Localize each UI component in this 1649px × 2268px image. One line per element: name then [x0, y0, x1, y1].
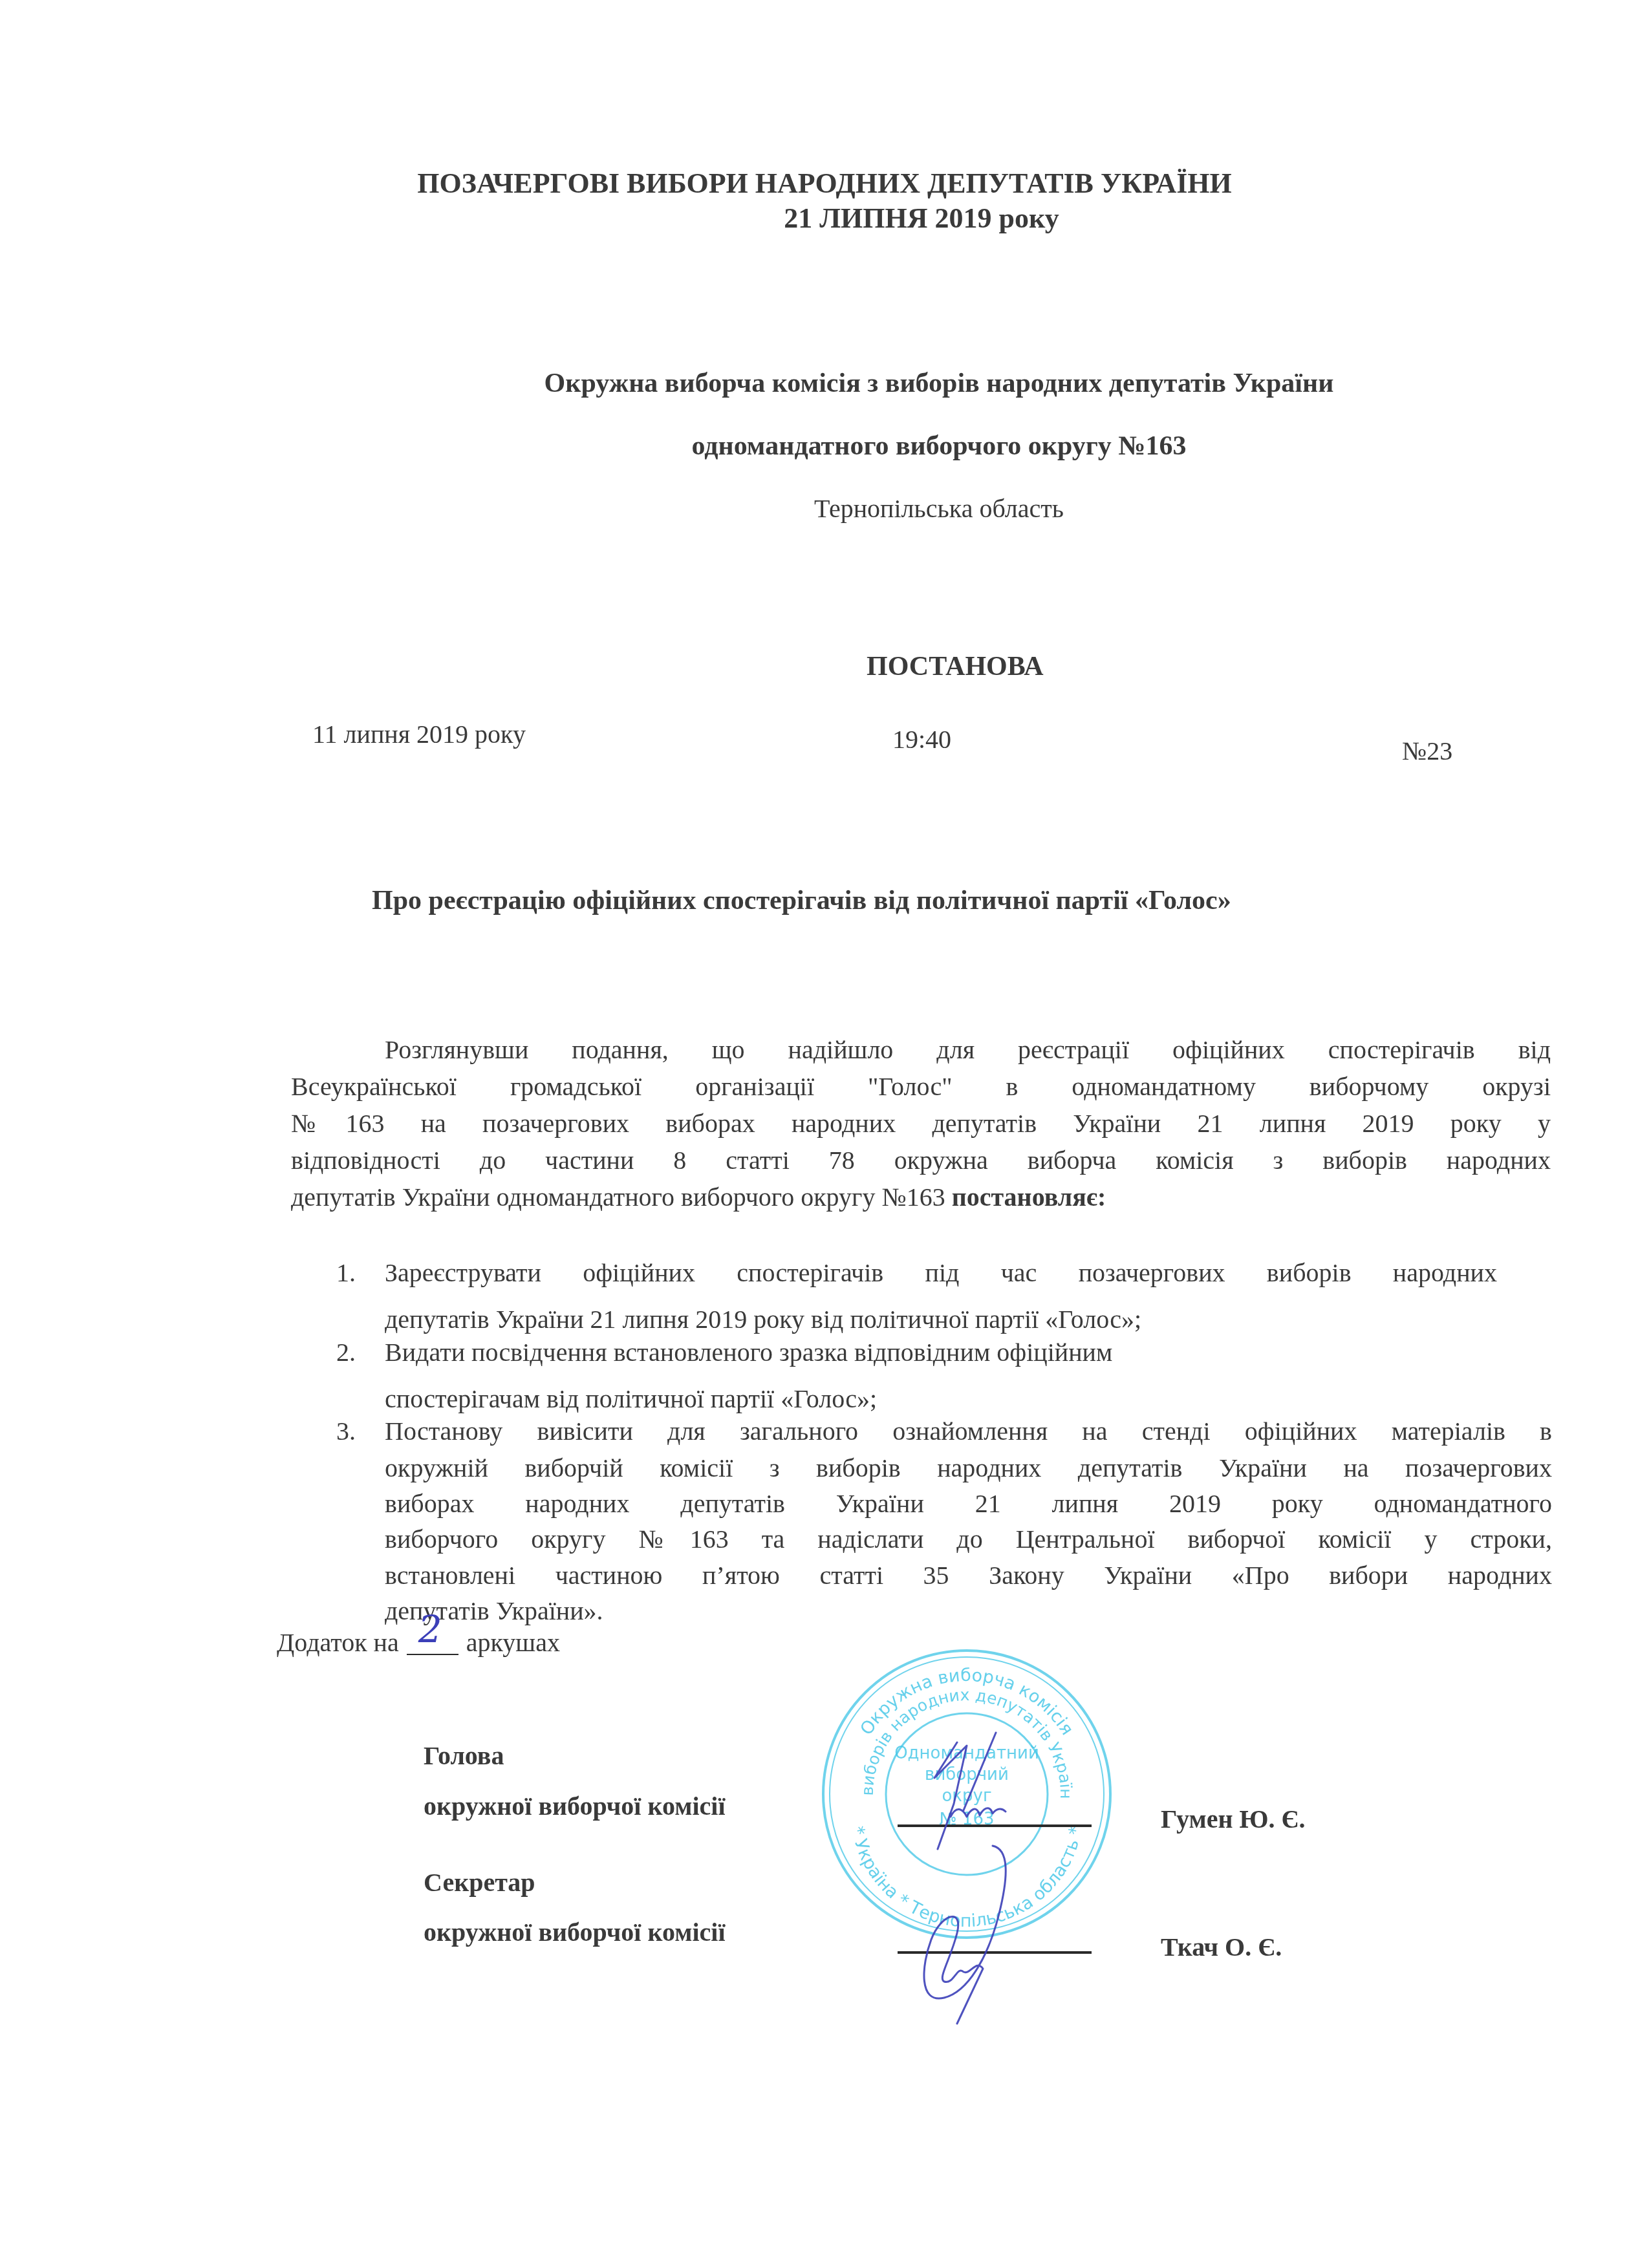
secretary-title: Секретар	[424, 1867, 535, 1898]
secretary-name: Ткач О. Є.	[1161, 1932, 1282, 1962]
decision-text: виборах народних депутатів України 21 ли…	[385, 1488, 1552, 1519]
preamble-line: Всеукраїнської громадської організації "…	[291, 1068, 1551, 1105]
preamble-line-last: депутатів України одномандатного виборчо…	[291, 1179, 1551, 1215]
resolution-number: №23	[1402, 736, 1452, 767]
decision-2-line-1: Видати посвідчення встановленого зразка …	[385, 1337, 1112, 1368]
resolution-heading: ПОСТАНОВА	[867, 650, 1043, 683]
preamble-line: депутатів України одномандатного виборчо…	[291, 1182, 952, 1212]
decision-text: окружній виборчій комісії з виборів наро…	[385, 1453, 1552, 1484]
election-title: ПОЗАЧЕРГОВІ ВИБОРИ НАРОДНИХ ДЕПУТАТІВ УК…	[0, 167, 1649, 200]
resolution-date: 11 липня 2019 року	[312, 719, 526, 750]
attachment-note: Додаток на 2 аркушах	[277, 1627, 560, 1658]
decision-1-line-2: депутатів України 21 липня 2019 року від…	[385, 1304, 1141, 1335]
chair-name: Гумен Ю. Є.	[1161, 1804, 1306, 1834]
decision-1-line-1: Зареєструвати офіційних спостерігачів пі…	[385, 1257, 1497, 1289]
decision-3-line-6: депутатів України».	[385, 1596, 603, 1627]
secretary-role: окружної виборчої комісії	[424, 1917, 726, 1947]
region-name: Тернопільська область	[460, 493, 1417, 524]
attachment-suffix: аркушах	[466, 1628, 560, 1657]
preamble-line: відповідності до частини 8 статті 78 окр…	[291, 1142, 1551, 1179]
attachment-count-field: 2	[407, 1628, 458, 1655]
decision-2-number: 2.	[336, 1337, 356, 1368]
district-name: одномандатного виборчого округу №163	[460, 430, 1417, 462]
decision-text: Зареєструвати офіційних спостерігачів пі…	[385, 1257, 1497, 1289]
decision-2-line-2: спостерігачам від політичної партії «Гол…	[385, 1384, 877, 1415]
decision-3-line-5: встановлені частиною п’ятою статті 35 За…	[385, 1560, 1552, 1591]
decision-text: Постанову вивісити для загального ознайо…	[385, 1416, 1552, 1447]
preamble-line: Розглянувши подання, що надійшло для реє…	[291, 1031, 1551, 1068]
decision-text: виборчого округу №163 та надіслати до Це…	[385, 1524, 1552, 1555]
election-date: 21 ЛИПНЯ 2019 року	[0, 202, 1649, 235]
preamble-paragraph: Розглянувши подання, що надійшло для реє…	[291, 1031, 1551, 1215]
resolution-subject: Про реєстрацію офіційних спостерігачів в…	[372, 884, 1231, 917]
decision-3-line-3: виборах народних депутатів України 21 ли…	[385, 1488, 1552, 1519]
commission-name: Окружна виборча комісія з виборів народн…	[460, 367, 1417, 400]
decision-3-line-2: окружній виборчій комісії з виборів наро…	[385, 1453, 1552, 1484]
decision-3-line-4: виборчого округу №163 та надіслати до Це…	[385, 1524, 1552, 1555]
decision-3-line-1: Постанову вивісити для загального ознайо…	[385, 1416, 1552, 1447]
election-date-text: 21 ЛИПНЯ 2019 року	[784, 202, 1059, 234]
resolution-time: 19:40	[892, 724, 951, 755]
attachment-prefix: Додаток на	[277, 1628, 399, 1657]
chair-title: Голова	[424, 1740, 504, 1771]
resolves-keyword: постановляє:	[952, 1182, 1106, 1212]
signature-scribbles	[860, 1720, 1132, 2030]
preamble-line: №163 на позачергових виборах народних де…	[291, 1105, 1551, 1142]
decision-text: встановлені частиною п’ятою статті 35 За…	[385, 1560, 1552, 1591]
handwritten-count: 2	[418, 1614, 442, 1645]
chair-role: окружної виборчої комісії	[424, 1791, 726, 1821]
decision-1-number: 1.	[336, 1257, 356, 1289]
decision-3-number: 3.	[336, 1416, 356, 1447]
